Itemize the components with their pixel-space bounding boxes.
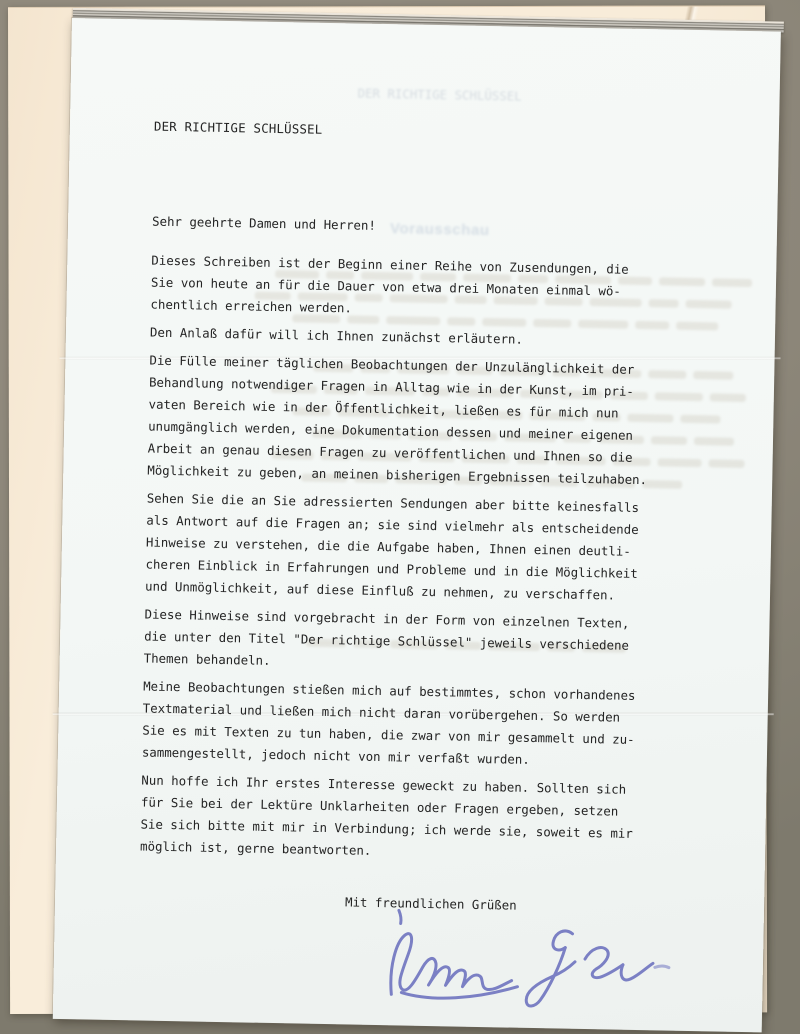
paragraph: Den Anlaß dafür will ich Ihnen zunächst … xyxy=(150,322,690,354)
paragraph: Die Fülle meiner täglichen Beobachtungen… xyxy=(147,350,689,492)
letter-page: DER RICHTIGE SCHLÜSSEL Vorausschau DER R… xyxy=(53,18,781,1032)
letter-body: Dieses Schreiben ist der Beginn einer Re… xyxy=(140,250,692,874)
handwritten-signature xyxy=(375,902,672,1020)
paragraph: Meine Beobachtungen stießen mich auf bes… xyxy=(142,675,684,773)
paragraph: Dieses Schreiben ist der Beginn einer Re… xyxy=(150,250,691,326)
paragraph: Nun hoffe ich Ihr erstes Interesse gewec… xyxy=(140,769,682,867)
paragraph: Diese Hinweise sind vorgebracht in der F… xyxy=(144,604,685,680)
paragraph: Sehen Sie die an Sie adressierten Sendun… xyxy=(145,488,687,608)
scan-background: DER RICHTIGE SCHLÜSSEL Vorausschau DER R… xyxy=(0,0,800,1034)
letter-title: DER RICHTIGE SCHLÜSSEL xyxy=(154,119,323,138)
